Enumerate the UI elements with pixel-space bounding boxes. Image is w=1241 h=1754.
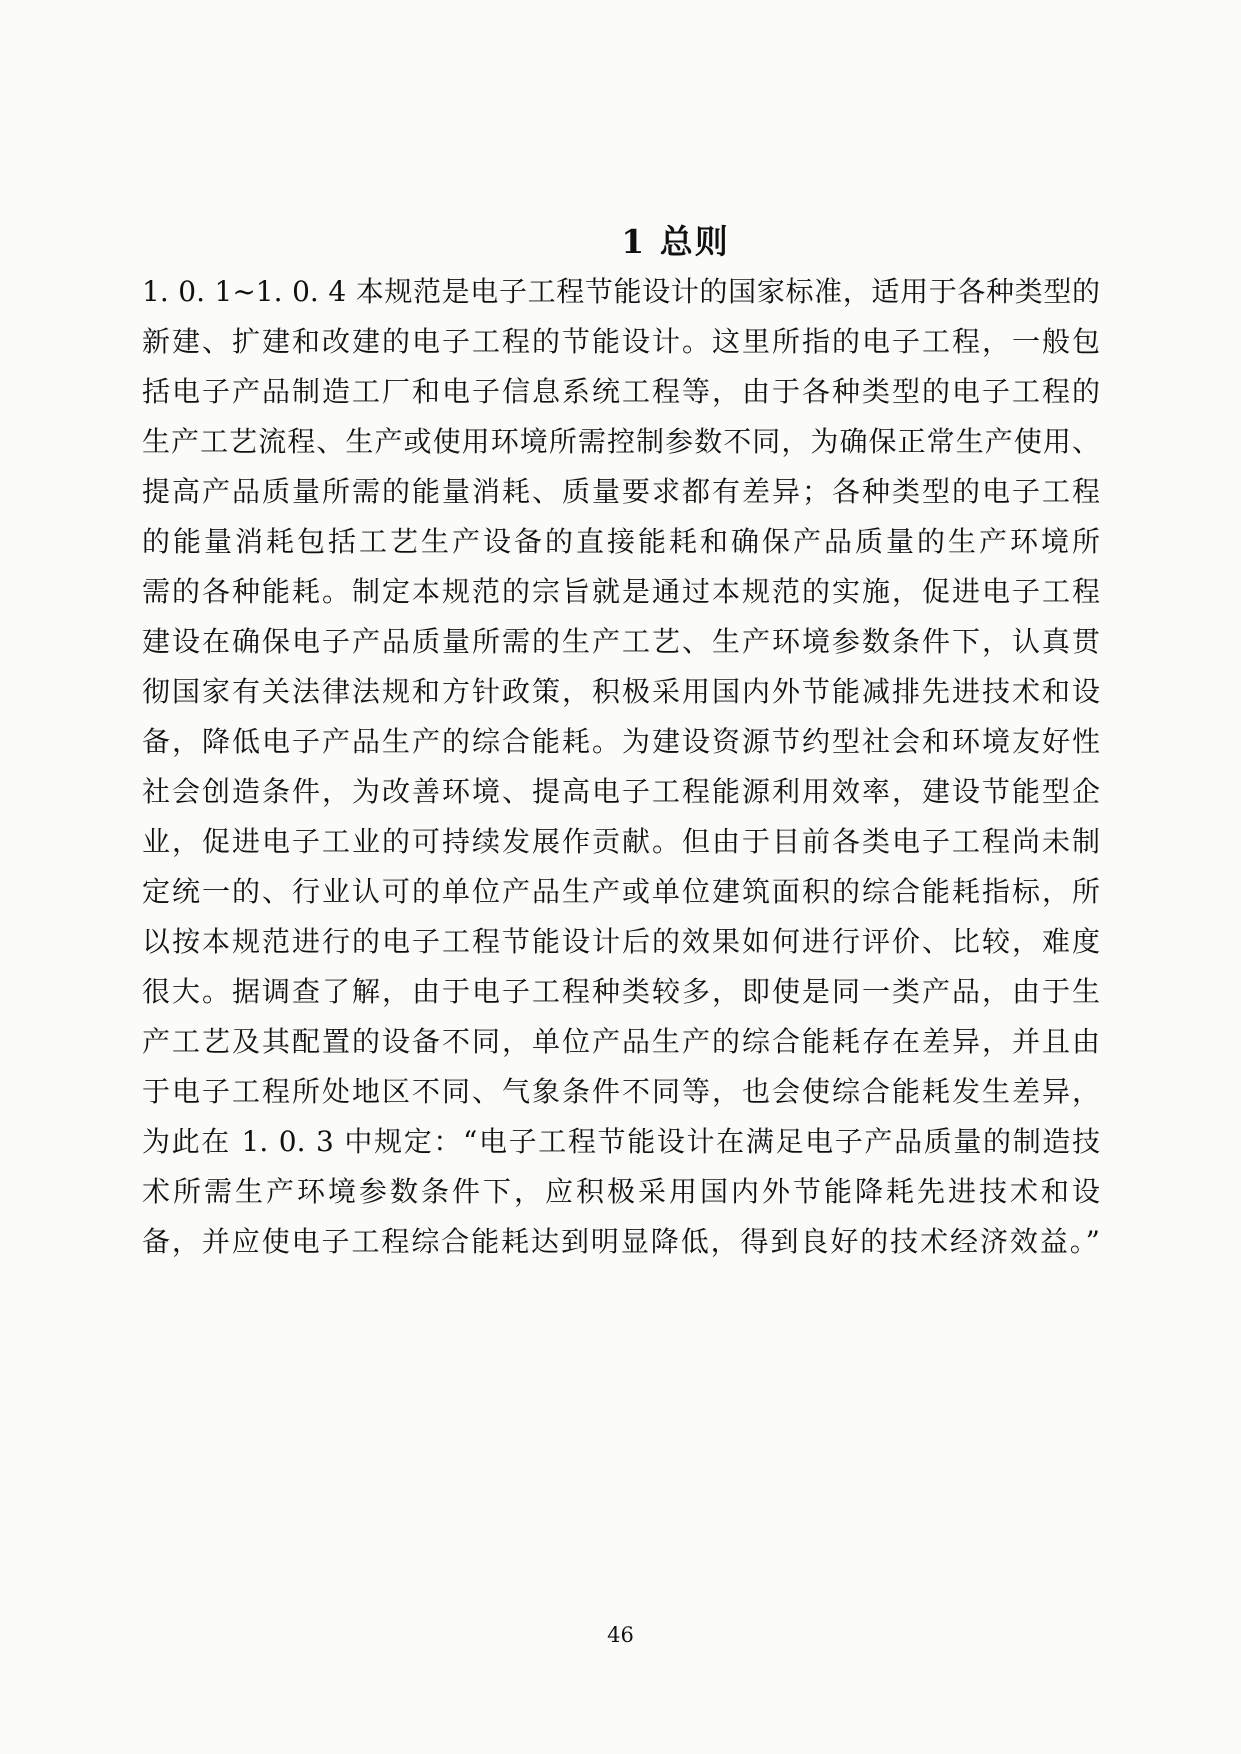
- paragraph-line: 业，促进电子工业的可持续发展作贡献。但由于目前各类电子工程尚未制: [142, 817, 1100, 867]
- paragraph-line: 很大。据调查了解，由于电子工程种类较多，即使是同一类产品，由于生: [142, 967, 1100, 1017]
- commentary-paragraph: 1. 0. 1~1. 0. 4 本规范是电子工程节能设计的国家标准，适用于各种类…: [142, 267, 1100, 1267]
- paragraph-line: 备，并应使电子工程综合能耗达到明显降低，得到良好的技术经济效益。”: [142, 1217, 1100, 1267]
- paragraph-line: 定统一的、行业认可的单位产品生产或单位建筑面积的综合能耗指标，所: [142, 867, 1100, 917]
- paragraph-line: 于电子工程所处地区不同、气象条件不同等，也会使综合能耗发生差异，: [142, 1067, 1100, 1117]
- paragraph-line: 为此在 1. 0. 3 中规定：“电子工程节能设计在满足电子产品质量的制造技: [142, 1117, 1100, 1167]
- section-title-text: 1 总则: [621, 222, 729, 261]
- paragraph-line: 彻国家有关法律法规和方针政策，积极采用国内外节能减排先进技术和设: [142, 667, 1100, 717]
- paragraph-line: 新建、扩建和改建的电子工程的节能设计。这里所指的电子工程，一般包: [142, 317, 1100, 367]
- paragraph-line: 社会创造条件，为改善环境、提高电子工程能源利用效率，建设节能型企: [142, 767, 1100, 817]
- paragraph-line: 提高产品质量所需的能量消耗、质量要求都有差异；各种类型的电子工程: [142, 467, 1100, 517]
- paragraph-line: 备，降低电子产品生产的综合能耗。为建设资源节约型社会和环境友好性: [142, 717, 1100, 767]
- paragraph-line: 生产工艺流程、生产或使用环境所需控制参数不同，为确保正常生产使用、: [142, 417, 1100, 467]
- paragraph-line: 术所需生产环境参数条件下，应积极采用国内外节能降耗先进技术和设: [142, 1167, 1100, 1217]
- paragraph-line: 建设在确保电子产品质量所需的生产工艺、生产环境参数条件下，认真贯: [142, 617, 1100, 667]
- document-page: 1 总则 1. 0. 1~1. 0. 4 本规范是电子工程节能设计的国家标准，适…: [0, 0, 1241, 1754]
- paragraph-line: 需的各种能耗。制定本规范的宗旨就是通过本规范的实施，促进电子工程: [142, 567, 1100, 617]
- paragraph-line: 以按本规范进行的电子工程节能设计后的效果如何进行评价、比较，难度: [142, 917, 1100, 967]
- paragraph-line: 括电子产品制造工厂和电子信息系统工程等，由于各种类型的电子工程的: [142, 367, 1100, 417]
- page-number: 46: [0, 1622, 1241, 1648]
- paragraph-line: 的能量消耗包括工艺生产设备的直接能耗和确保产品质量的生产环境所: [142, 517, 1100, 567]
- paragraph-line: 1. 0. 1~1. 0. 4 本规范是电子工程节能设计的国家标准，适用于各种类…: [142, 267, 1100, 317]
- paragraph-line: 产工艺及其配置的设备不同，单位产品生产的综合能耗存在差异，并且由: [142, 1017, 1100, 1067]
